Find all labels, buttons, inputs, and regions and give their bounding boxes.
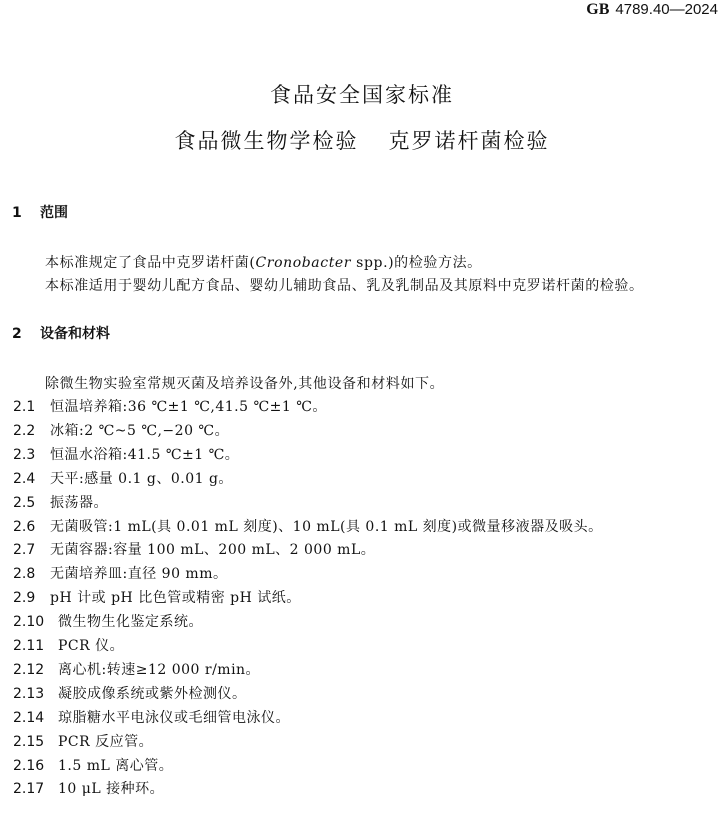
item-number: 2.11: [13, 636, 58, 656]
list-item: 2.1恒温培养箱:36 ℃±1 ℃,41.5 ℃±1 ℃。: [13, 397, 327, 417]
list-item: 2.10微生物生化鉴定系统。: [13, 612, 203, 632]
list-item: 2.13凝胶成像系统或紫外检测仪。: [13, 684, 247, 704]
item-number: 2.1: [13, 397, 50, 417]
genus-name: Cronobacter: [255, 255, 351, 271]
item-text: 凝胶成像系统或紫外检测仪。: [58, 686, 247, 702]
item-text: 天平:感量 0.1 g、0.01 g。: [50, 471, 233, 487]
section-number: 2: [12, 324, 40, 344]
item-text: 冰箱:2 ℃~5 ℃,−20 ℃。: [50, 423, 229, 439]
item-text: 无菌容器:容量 100 mL、200 mL、2 000 mL。: [50, 542, 375, 558]
item-number: 2.12: [13, 660, 58, 680]
list-item: 2.7无菌容器:容量 100 mL、200 mL、2 000 mL。: [13, 540, 375, 560]
item-number: 2.10: [13, 612, 58, 632]
document-title: 食品安全国家标准: [0, 79, 724, 109]
list-item: 2.2冰箱:2 ℃~5 ℃,−20 ℃。: [13, 421, 229, 441]
paragraph-text: 本标准规定了食品中克罗诺杆菌(: [45, 255, 255, 271]
subtitle-part-1: 食品微生物学检验: [175, 129, 359, 153]
list-item: 2.4天平:感量 0.1 g、0.01 g。: [13, 469, 233, 489]
item-text: 微生物生化鉴定系统。: [58, 614, 203, 630]
item-text: 无菌吸管:1 mL(具 0.01 mL 刻度)、10 mL(具 0.1 mL 刻…: [50, 519, 603, 535]
section-heading-equipment: 2设备和材料: [12, 324, 110, 344]
item-text: 恒温水浴箱:41.5 ℃±1 ℃。: [50, 447, 239, 463]
list-item: 2.3恒温水浴箱:41.5 ℃±1 ℃。: [13, 445, 239, 465]
item-number: 2.9: [13, 588, 50, 608]
section-title: 范围: [40, 205, 68, 221]
item-text: 10 μL 接种环。: [58, 781, 164, 797]
list-item: 2.1710 μL 接种环。: [13, 779, 164, 799]
list-item: 2.14琼脂糖水平电泳仪或毛细管电泳仪。: [13, 708, 290, 728]
section-title: 设备和材料: [40, 326, 110, 342]
item-text: 1.5 mL 离心管。: [58, 758, 173, 774]
item-text: 振荡器。: [50, 495, 108, 511]
list-item: 2.12离心机:转速≥12 000 r/min。: [13, 660, 260, 680]
item-text: PCR 仪。: [58, 638, 124, 654]
standard-prefix: GB: [586, 1, 609, 18]
list-item: 2.6无菌吸管:1 mL(具 0.01 mL 刻度)、10 mL(具 0.1 m…: [13, 517, 603, 537]
item-number: 2.13: [13, 684, 58, 704]
scope-paragraph-2: 本标准适用于婴幼儿配方食品、婴幼儿辅助食品、乳及乳制品及其原料中克罗诺杆菌的检验…: [45, 276, 644, 296]
item-number: 2.14: [13, 708, 58, 728]
item-number: 2.4: [13, 469, 50, 489]
item-number: 2.6: [13, 517, 50, 537]
item-number: 2.16: [13, 756, 58, 776]
section-heading-scope: 1范围: [12, 203, 68, 223]
list-item: 2.8无菌培养皿:直径 90 mm。: [13, 564, 227, 584]
list-item: 2.161.5 mL 离心管。: [13, 756, 173, 776]
item-text: pH 计或 pH 比色管或精密 pH 试纸。: [50, 590, 301, 606]
standard-code: GB4789.40—2024: [586, 0, 718, 19]
item-number: 2.5: [13, 493, 50, 513]
scope-paragraph-1: 本标准规定了食品中克罗诺杆菌(Cronobacter spp.)的检验方法。: [45, 253, 482, 273]
item-text: PCR 反应管。: [58, 734, 153, 750]
list-item: 2.9pH 计或 pH 比色管或精密 pH 试纸。: [13, 588, 301, 608]
item-number: 2.2: [13, 421, 50, 441]
list-item: 2.5振荡器。: [13, 493, 108, 513]
item-text: 无菌培养皿:直径 90 mm。: [50, 566, 227, 582]
document-subtitle: 食品微生物学检验克罗诺杆菌检验: [0, 125, 724, 155]
item-number: 2.3: [13, 445, 50, 465]
list-item: 2.15PCR 反应管。: [13, 732, 153, 752]
item-text: 琼脂糖水平电泳仪或毛细管电泳仪。: [58, 710, 290, 726]
item-text: 恒温培养箱:36 ℃±1 ℃,41.5 ℃±1 ℃。: [50, 399, 327, 415]
item-number: 2.17: [13, 779, 58, 799]
item-number: 2.8: [13, 564, 50, 584]
item-number: 2.15: [13, 732, 58, 752]
list-item: 2.11PCR 仪。: [13, 636, 124, 656]
item-text: 离心机:转速≥12 000 r/min。: [58, 662, 260, 678]
item-number: 2.7: [13, 540, 50, 560]
section-number: 1: [12, 203, 40, 223]
equipment-intro: 除微生物实验室常规灭菌及培养设备外,其他设备和材料如下。: [45, 374, 444, 394]
subtitle-part-2: 克罗诺杆菌检验: [389, 129, 550, 153]
standard-number: 4789.40—2024: [615, 1, 718, 18]
paragraph-text: spp.)的检验方法。: [351, 255, 482, 271]
